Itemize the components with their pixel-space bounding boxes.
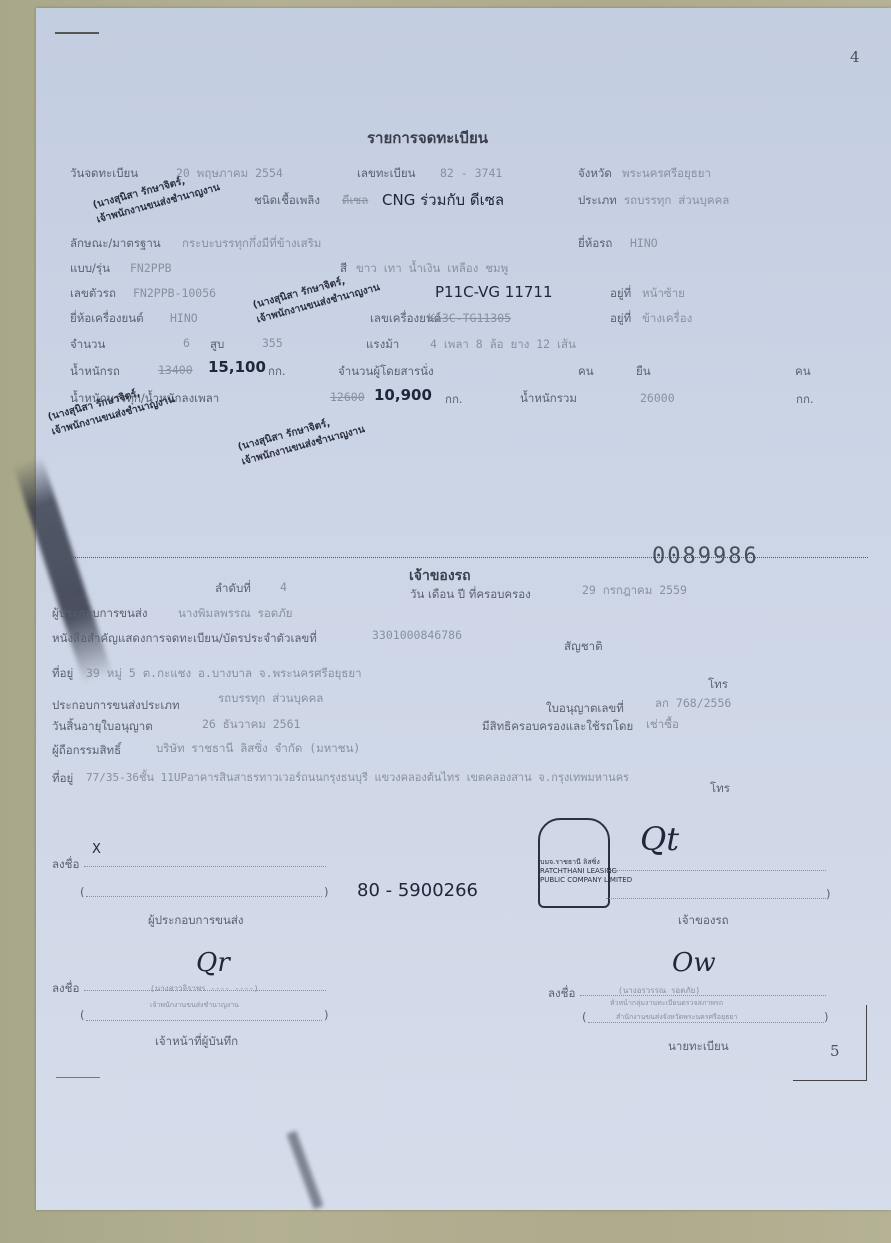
chassis-label: เลขตัวรถ bbox=[70, 285, 116, 303]
page-number-top: 4 bbox=[850, 48, 860, 66]
operator-sign-line bbox=[84, 866, 326, 867]
category-label: ประเภท bbox=[578, 192, 617, 210]
document-title: รายการจดทะเบียน bbox=[367, 126, 488, 150]
registrar-signature: Ow bbox=[672, 948, 716, 978]
weight-old: 13400 bbox=[158, 363, 193, 377]
registrar-paren-close: ) bbox=[824, 1010, 829, 1024]
id-label: หนังสือสำคัญแสดงการจดทะเบียน/บัตรประจำตั… bbox=[52, 630, 317, 648]
chassis: FN2PPB-10056 bbox=[133, 286, 216, 300]
operator-role: ผู้ประกอบการขนส่ง bbox=[148, 912, 244, 930]
load-new-handwritten: 10,900 bbox=[374, 386, 432, 404]
rights-label: มีสิทธิครอบครองและใช้รถโดย bbox=[482, 718, 633, 736]
weight-label: น้ำหนักรถ bbox=[70, 363, 120, 381]
engine-brand-label: ยี่ห้อเครื่องยนต์ bbox=[70, 310, 144, 328]
reg-no: 82 - 3741 bbox=[440, 166, 502, 180]
recorder-sign-label: ลงชื่อ bbox=[52, 980, 79, 998]
owner-label: ผู้ถือกรรมสิทธิ์ bbox=[52, 742, 121, 760]
company-stamp-text: บมจ.ราชธานี ลิสซิ่ง RATCHTHANI LEASING P… bbox=[540, 858, 632, 885]
fuel-old: ดีเซล bbox=[342, 192, 368, 210]
owner-phone-label: โทร bbox=[710, 780, 730, 798]
cylinders-label: จำนวน bbox=[70, 336, 105, 354]
recorder-signature: Qr bbox=[196, 948, 230, 978]
expiry: 26 ธันวาคม 2561 bbox=[202, 716, 300, 734]
standing-unit: คน bbox=[795, 363, 811, 381]
owner-address: 77/35-36ชั้น 11UPอาคารสินสาธรทาวเวอร์ถนน… bbox=[86, 768, 629, 786]
standard-label: ลักษณะ/มาตรฐาน bbox=[70, 235, 161, 253]
license-number: ลก 768/2556 bbox=[655, 695, 731, 713]
recorder-title: เจ้าพนักงานขนส่งชำนาญงาน bbox=[150, 1000, 239, 1011]
load-old: 12600 bbox=[330, 390, 365, 404]
registrar-paren: ( bbox=[582, 1010, 587, 1024]
reg-date-label: วันจดทะเบียน bbox=[70, 165, 138, 183]
phone-label: โทร bbox=[708, 676, 728, 694]
top-mark bbox=[55, 32, 99, 34]
registrar-name-line bbox=[588, 1022, 824, 1023]
cc: 355 bbox=[262, 336, 283, 350]
frame-line-left bbox=[56, 1077, 100, 1078]
standard: กระบะบรรทุกกึ่งมีที่ข้างเสริม bbox=[182, 235, 321, 253]
operator-paren: ( bbox=[80, 885, 85, 899]
order-label: ลำดับที่ bbox=[215, 580, 251, 598]
owner-signature: Qt bbox=[640, 820, 679, 858]
recorder-role: เจ้าหน้าที่ผู้บันทึก bbox=[155, 1033, 238, 1051]
nationality-label: สัญชาติ bbox=[564, 638, 603, 656]
cylinders: 6 bbox=[183, 336, 190, 350]
owner-section-title: เจ้าของรถ bbox=[409, 565, 471, 587]
weight-new-handwritten: 15,100 bbox=[208, 358, 266, 376]
operator-label: ผู้ประกอบการขนส่ง bbox=[52, 605, 148, 623]
owner-name-line bbox=[606, 898, 826, 899]
page-number-bottom: 5 bbox=[830, 1042, 840, 1060]
passengers-label: จำนวนผู้โดยสารนั่ง bbox=[338, 363, 434, 381]
model-label: แบบ/รุ่น bbox=[70, 260, 110, 278]
operator-name-line bbox=[86, 896, 322, 897]
standing-label: ยืน bbox=[636, 363, 651, 381]
possession-date-label: วัน เดือน ปี ที่ครอบครอง bbox=[410, 586, 531, 604]
possession-date: 29 กรกฎาคม 2559 bbox=[582, 582, 687, 600]
gross-unit: กก. bbox=[796, 391, 814, 409]
owner-address-label: ที่อยู่ bbox=[52, 770, 73, 788]
province: พระนครศรีอยุธยา bbox=[622, 165, 711, 183]
registrar-role: นายทะเบียน bbox=[668, 1038, 729, 1056]
owner-paren-close: ) bbox=[826, 887, 831, 901]
operator-mark: X bbox=[92, 842, 101, 857]
id-number: 3301000846786 bbox=[372, 628, 462, 642]
recorder-paren-close: ) bbox=[324, 1008, 329, 1022]
owner-name: บริษัท ราชธานี ลิสซิ่ง จำกัด (มหาชน) bbox=[156, 740, 360, 758]
engine-location-label: อยู่ที่ bbox=[610, 310, 631, 328]
weight-unit: กก. bbox=[268, 363, 286, 381]
reg-no-label: เลขทะเบียน bbox=[357, 165, 415, 183]
recorder-name: (นางสาวจิราพร ---- ----) bbox=[150, 982, 259, 995]
brand: HINO bbox=[630, 236, 658, 250]
registrar-name: (นางอรวรรณ รอดภัย) bbox=[618, 984, 700, 997]
frame-line-bottom bbox=[793, 1080, 867, 1081]
order: 4 bbox=[280, 580, 287, 594]
registrar-sign-label: ลงชื่อ bbox=[548, 985, 575, 1003]
frame-line-right bbox=[866, 1005, 867, 1080]
operator: นางพิมลพรรณ รอดภัย bbox=[178, 605, 293, 623]
fuel-new-handwritten: CNG ร่วมกับ ดีเซล bbox=[382, 188, 504, 212]
gross: 26000 bbox=[640, 391, 675, 405]
engine-no-old: K13C-TG11305 bbox=[428, 311, 511, 325]
operator-paren-close: ) bbox=[324, 885, 329, 899]
business-type-label: ประกอบการขนส่งประเภท bbox=[52, 697, 180, 715]
address-label: ที่อยู่ bbox=[52, 665, 73, 683]
passengers-unit: คน bbox=[578, 363, 594, 381]
hp-label: แรงม้า bbox=[366, 336, 399, 354]
recorder-paren: ( bbox=[80, 1008, 85, 1022]
chassis-location-label: อยู่ที่ bbox=[610, 285, 631, 303]
owner-role: เจ้าของรถ bbox=[678, 912, 729, 930]
brand-label: ยี่ห้อรถ bbox=[578, 235, 612, 253]
category: รถบรรทุก ส่วนบุคคล bbox=[624, 192, 729, 210]
address: 39 หมู่ 5 ต.กะแชง อ.บางบาล จ.พระนครศรีอย… bbox=[86, 665, 362, 683]
model: FN2PPB bbox=[130, 261, 172, 275]
owner-sign-line bbox=[606, 870, 826, 871]
color: ขาว เทา น้ำเงิน เหลือง ชมพู bbox=[356, 260, 508, 278]
engine-location: ข้างเครื่อง bbox=[642, 310, 692, 328]
recorder-name-line bbox=[86, 1020, 322, 1021]
license-label: ใบอนุญาตเลขที่ bbox=[546, 700, 624, 718]
axles: 4 เพลา 8 ล้อ ยาง 12 เส้น bbox=[430, 336, 576, 354]
operator-sign-label: ลงชื่อ bbox=[52, 856, 79, 874]
cylinders-unit: สูบ bbox=[210, 336, 224, 354]
province-label: จังหวัด bbox=[578, 165, 612, 183]
handwritten-phone: 80 - 5900266 bbox=[357, 880, 478, 901]
engine-brand: HINO bbox=[170, 311, 198, 325]
rights: เช่าซื้อ bbox=[646, 716, 679, 734]
engine-no-new-handwritten: P11C-VG 11711 bbox=[435, 283, 553, 301]
fuel-label: ชนิดเชื้อเพลิง bbox=[254, 192, 320, 210]
chassis-location: หน้าซ้าย bbox=[642, 285, 685, 303]
load-unit: กก. bbox=[445, 391, 463, 409]
serial-number: 0089986 bbox=[652, 544, 759, 569]
gross-label: น้ำหนักรวม bbox=[520, 390, 577, 408]
registrar-sign-line bbox=[580, 995, 826, 996]
expiry-label: วันสิ้นอายุใบอนุญาต bbox=[52, 718, 153, 736]
registrar-title1: หัวหน้ากลุ่มงานทะเบียนตรวจสภาพรถ bbox=[610, 998, 723, 1009]
business-type: รถบรรทุก ส่วนบุคคล bbox=[218, 690, 323, 708]
